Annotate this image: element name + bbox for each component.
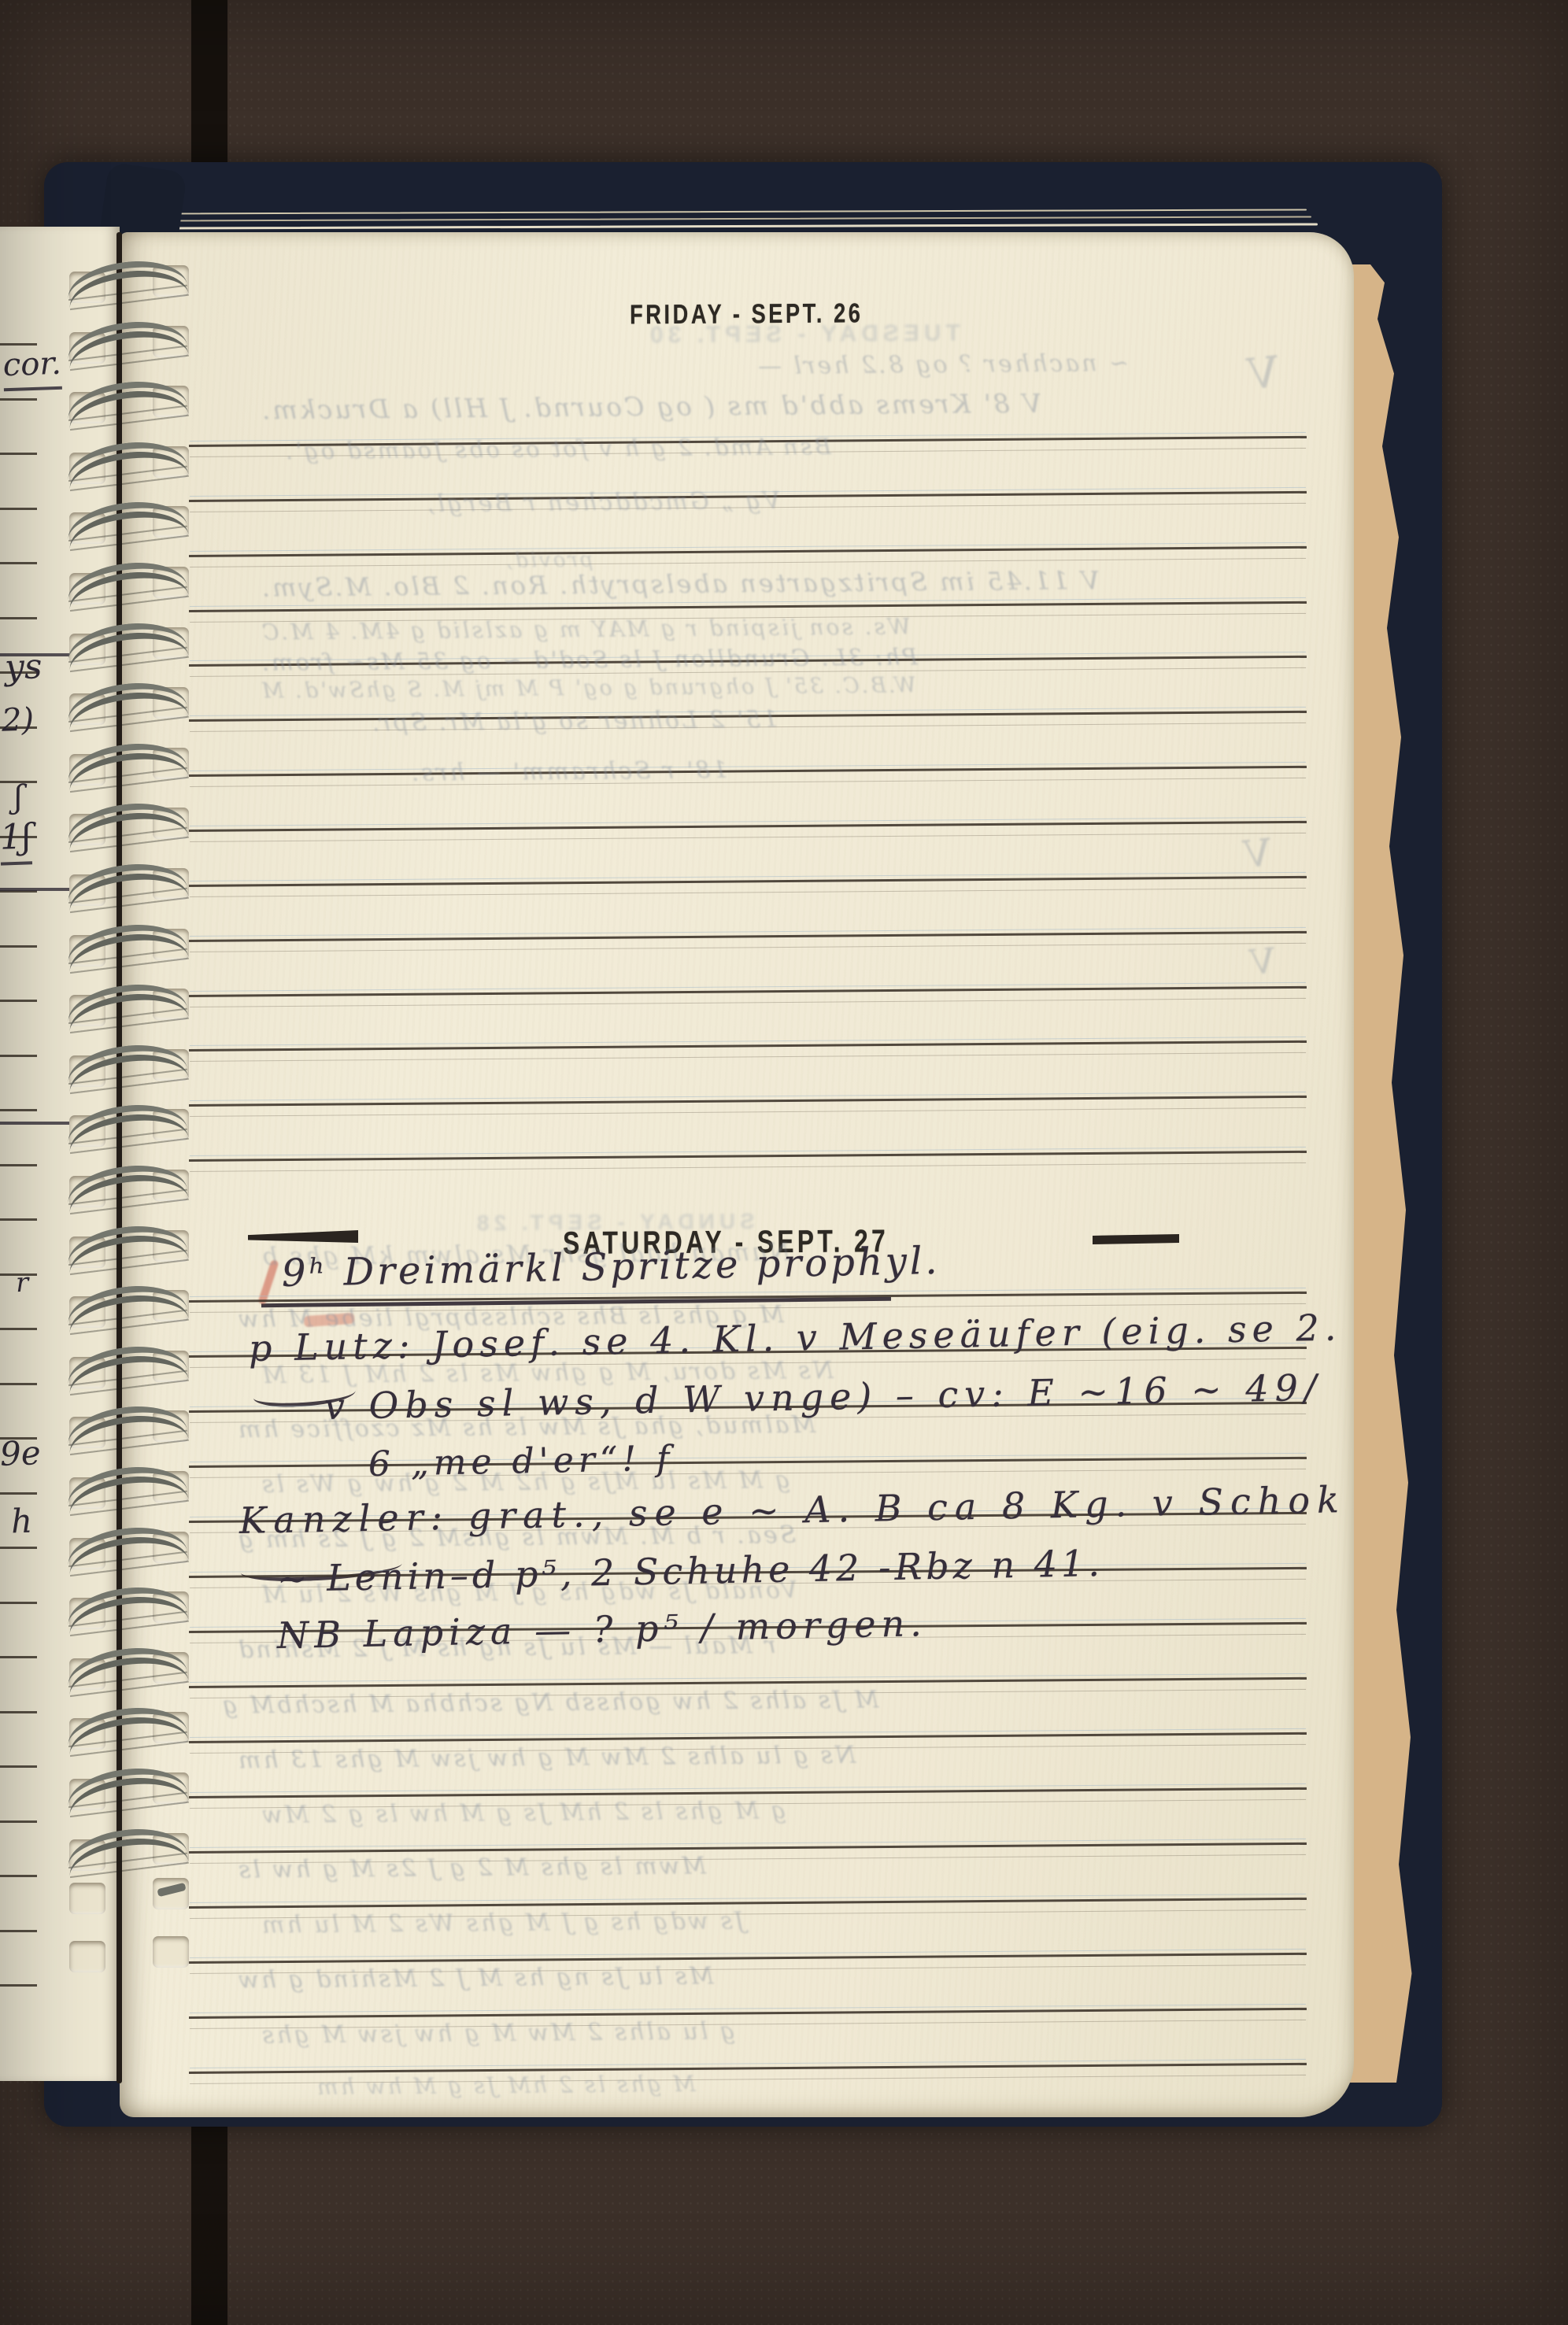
bleedthrough-line: Vonald Js wdg hs g J M ghs Ws 2 lu M <box>260 1576 797 1609</box>
bleedthrough-line: g M ghs ls 2 hM Js g M hw ls g 2 Mw <box>260 1797 786 1829</box>
left-page-rule-stub <box>0 508 37 510</box>
ruled-line <box>189 821 1307 832</box>
page-stack-edge <box>162 223 1318 229</box>
left-page-fragment: 2) <box>1 701 35 738</box>
bleedthrough-line: Vg „ Gmcddchen r Bergl, <box>425 487 780 518</box>
left-page-underline-fragment <box>0 653 91 656</box>
ruled-line <box>189 1898 1307 1909</box>
left-page-fragment: cor. <box>2 346 62 392</box>
left-page-rule-stub <box>0 1602 37 1604</box>
left-page-fragment: ʃ <box>13 779 23 815</box>
bleedthrough-line: Malmud, gha Js Mw ls hs Mz czoffice hm <box>236 1411 816 1443</box>
handwriting-line: p Lutz: Josef. se 4. Kl. v Meseäufer (ei… <box>248 1306 1341 1369</box>
ruled-line <box>189 876 1307 887</box>
bleedthrough-line: Mwm ls ghs M 2 g J 2s M g hw ls <box>236 1852 706 1883</box>
ruled-line <box>189 1292 1307 1303</box>
ruled-line <box>189 1402 1307 1413</box>
left-page-rule-stub <box>0 1547 37 1549</box>
left-page-rule-stub <box>0 1765 37 1768</box>
left-page-rule-stub <box>0 1273 37 1276</box>
ruled-line <box>189 2008 1307 2019</box>
left-page-rule-stub <box>0 1000 37 1002</box>
ruled-line <box>189 931 1307 942</box>
bleedthrough-line: Ms lu Js ng hs M J 2 Mshind g hw <box>236 1962 714 1994</box>
ruled-line <box>189 656 1307 667</box>
day-header-friday: FRIDAY - SEPT. 26 <box>630 298 864 331</box>
bleedthrough-line: r Maul — Ms lu Js ng hs M J 2 Mshind <box>236 1632 776 1664</box>
left-page-rule-stub <box>0 1164 37 1166</box>
bleedthrough-line: M Js alhs 2 hw gohssb Ng schbha M hschbM… <box>220 1686 879 1719</box>
bleedthrough-line: V 11.45 im Spritzgarten abelspryth. Ron.… <box>260 565 1100 602</box>
left-page-rule-stub <box>0 1328 37 1330</box>
ruled-line <box>189 491 1307 502</box>
bleedthrough-line: g lu alhs 2 Mw M g hw jsw M ghs <box>260 2017 735 2049</box>
punch-hole-right <box>153 1936 189 1968</box>
hand-underline <box>261 1297 891 1307</box>
bleedthrough-line: M ghs ls 2 hM Js g M hw hm <box>315 2071 696 2100</box>
ruled-line <box>189 1677 1307 1688</box>
bleedthrough-line: Js wdg hs g J M ghs Ws 2 M lu hm <box>260 1907 745 1939</box>
bleedthrough-line: ~ nachher ? og 8.2 herl — <box>756 349 1129 380</box>
ruled-line <box>189 1843 1307 1854</box>
ruled-line <box>189 1096 1307 1107</box>
ruled-line <box>189 2063 1307 2074</box>
bleedthrough-line: 18' r Schramm' — hrs. <box>409 756 728 787</box>
ruled-line <box>189 1512 1307 1523</box>
ruled-line <box>189 986 1307 997</box>
left-page-fragment: 9e <box>0 1433 41 1473</box>
ruled-line <box>189 1567 1307 1578</box>
left-page-rule-stub <box>0 398 37 401</box>
day-header-saturday: SATURDAY - SEPT. 27 <box>563 1222 889 1262</box>
left-page-rule-stub <box>0 1055 37 1057</box>
red-pencil-mark <box>257 1259 279 1305</box>
left-page-fragment: r <box>15 1267 29 1299</box>
left-page-rule-stub <box>0 1383 37 1385</box>
handwriting-line: v Obs sl ws, d W vnge) – cv: E ~16 ~ 49/ <box>324 1366 1322 1428</box>
bleedthrough-line: Ns g lu alhs 2 Mw M g hw jsw M ghs 13 hm <box>236 1742 856 1775</box>
bleedthrough-line: Ph: 3L. Grundllon J ls Sod'd ~ og 35 Ms~… <box>260 643 918 675</box>
left-page-rule-stub <box>0 671 37 674</box>
left-page-rule-stub <box>0 1820 37 1823</box>
left-page-rule-stub <box>0 1218 37 1221</box>
ruled-line <box>189 1732 1307 1743</box>
left-page-fragment: ys <box>4 646 43 688</box>
punch-hole-left <box>69 1883 105 1914</box>
left-page-rule-stub <box>0 617 37 619</box>
bleedthrough-line: 15' 2 Lohner so g'la Mr. Spr. <box>370 706 778 737</box>
bleedthrough-line: g M Ms lu MJs g h2 M 2 g hw g Ws ls <box>260 1466 790 1499</box>
bleedthrough-line: Bsn Amd. 2 g h v fot os obs Joamsd og'. <box>283 433 831 464</box>
bleedthrough-line: M g ghs ls Bhs schlssbprgl liebe M hw <box>236 1301 784 1333</box>
ruled-line <box>189 1457 1307 1468</box>
left-page-rule-stub <box>0 1492 37 1495</box>
bleedthrough-line: Sea. r b M. Mwm ls ghsM 2 g J 2s hm g <box>236 1521 796 1554</box>
ruled-line <box>189 546 1307 557</box>
left-page-fragment: h <box>10 1502 33 1541</box>
paper-grain <box>120 232 1354 2117</box>
bleedthrough-line: Ns Ms doru, M g ghw Ms ls 2 hM J 13 M <box>260 1357 834 1389</box>
handwriting-line: ~ Lenin–d p⁵, 2 Schuhe 42 -Rbz n 41. <box>276 1542 1104 1600</box>
left-page-rule-stub <box>0 562 37 564</box>
page-stack-edge <box>157 216 1311 221</box>
left-page-rule-stub <box>0 343 37 346</box>
bleedthrough-checkmark: V <box>1245 347 1281 400</box>
left-page-rule-stub <box>0 726 37 729</box>
ruled-line <box>189 1953 1307 1964</box>
page-stack-edge <box>150 209 1307 214</box>
hand-underline-kanzler <box>241 1561 403 1583</box>
ruled-line <box>189 1622 1307 1633</box>
bleedthrough-checkmark: V <box>1241 830 1273 877</box>
left-page-rule-stub <box>0 1711 37 1713</box>
hand-underline-lutz <box>253 1388 357 1409</box>
left-page: cor.ys2)ʃ1ʃr9eh <box>0 227 120 2081</box>
header-bar-left <box>248 1230 358 1243</box>
header-bar-right <box>1093 1234 1179 1244</box>
left-page-rule-stub <box>0 1875 37 1877</box>
left-page-rule-stub <box>0 1984 37 1987</box>
ruled-line <box>189 1787 1307 1798</box>
scanned-diary-photo: { "diary": { "pages": [ { "id": "friday"… <box>0 0 1568 2325</box>
ruled-line <box>189 1347 1307 1358</box>
ruled-line <box>189 601 1307 612</box>
ruled-line <box>189 766 1307 777</box>
left-page-rule-stub <box>0 1930 37 1932</box>
bleedthrough-line: W.B.C. 35' J ohgrund g og' P M mj M. S g… <box>260 673 916 703</box>
bleedthrough-line: provid, <box>504 549 594 573</box>
left-page-fragment: 1ʃ <box>0 816 32 865</box>
red-pencil-smudge <box>304 1313 355 1327</box>
ruled-line <box>189 1041 1307 1052</box>
left-page-underline-fragment <box>0 1122 87 1125</box>
left-page-rule-stub <box>0 890 37 893</box>
bleedthrough-line: V 8' Krems abb'd ms ( og Cournd. J Hll) … <box>260 388 1041 426</box>
left-page-rule-stub <box>0 945 37 948</box>
bleedthrough-checkmark: V <box>1248 941 1277 983</box>
left-page-rule-stub <box>0 1656 37 1658</box>
left-page-underline-fragment <box>0 888 94 891</box>
ruled-line <box>189 711 1307 722</box>
left-page-rule-stub <box>0 781 37 783</box>
punch-hole-right <box>153 1878 189 1909</box>
left-page-rule-stub <box>0 453 37 455</box>
ruled-line <box>189 1151 1307 1162</box>
punch-hole-left <box>69 1941 105 1972</box>
handwriting-line: Kanzler: grat., se e ~ A. B ca 8 Kg. v S… <box>239 1478 1346 1542</box>
left-page-rule-stub <box>0 1109 37 1111</box>
right-page: FRIDAY - SEPT. 26 SATURDAY - SEPT. 27 ~ … <box>120 232 1354 2117</box>
left-page-rule-stub <box>0 1437 37 1440</box>
handwriting-line: 6 „me d'er“! f <box>368 1439 675 1484</box>
ruled-line <box>189 436 1307 447</box>
bleedthrough-line: Ws. son jispind r g MAY m g azlslid g 4M… <box>260 613 911 645</box>
handwriting-line: NB Lapiza — ? p⁵ / morgen. <box>276 1602 927 1657</box>
left-page-rule-stub <box>0 836 37 838</box>
